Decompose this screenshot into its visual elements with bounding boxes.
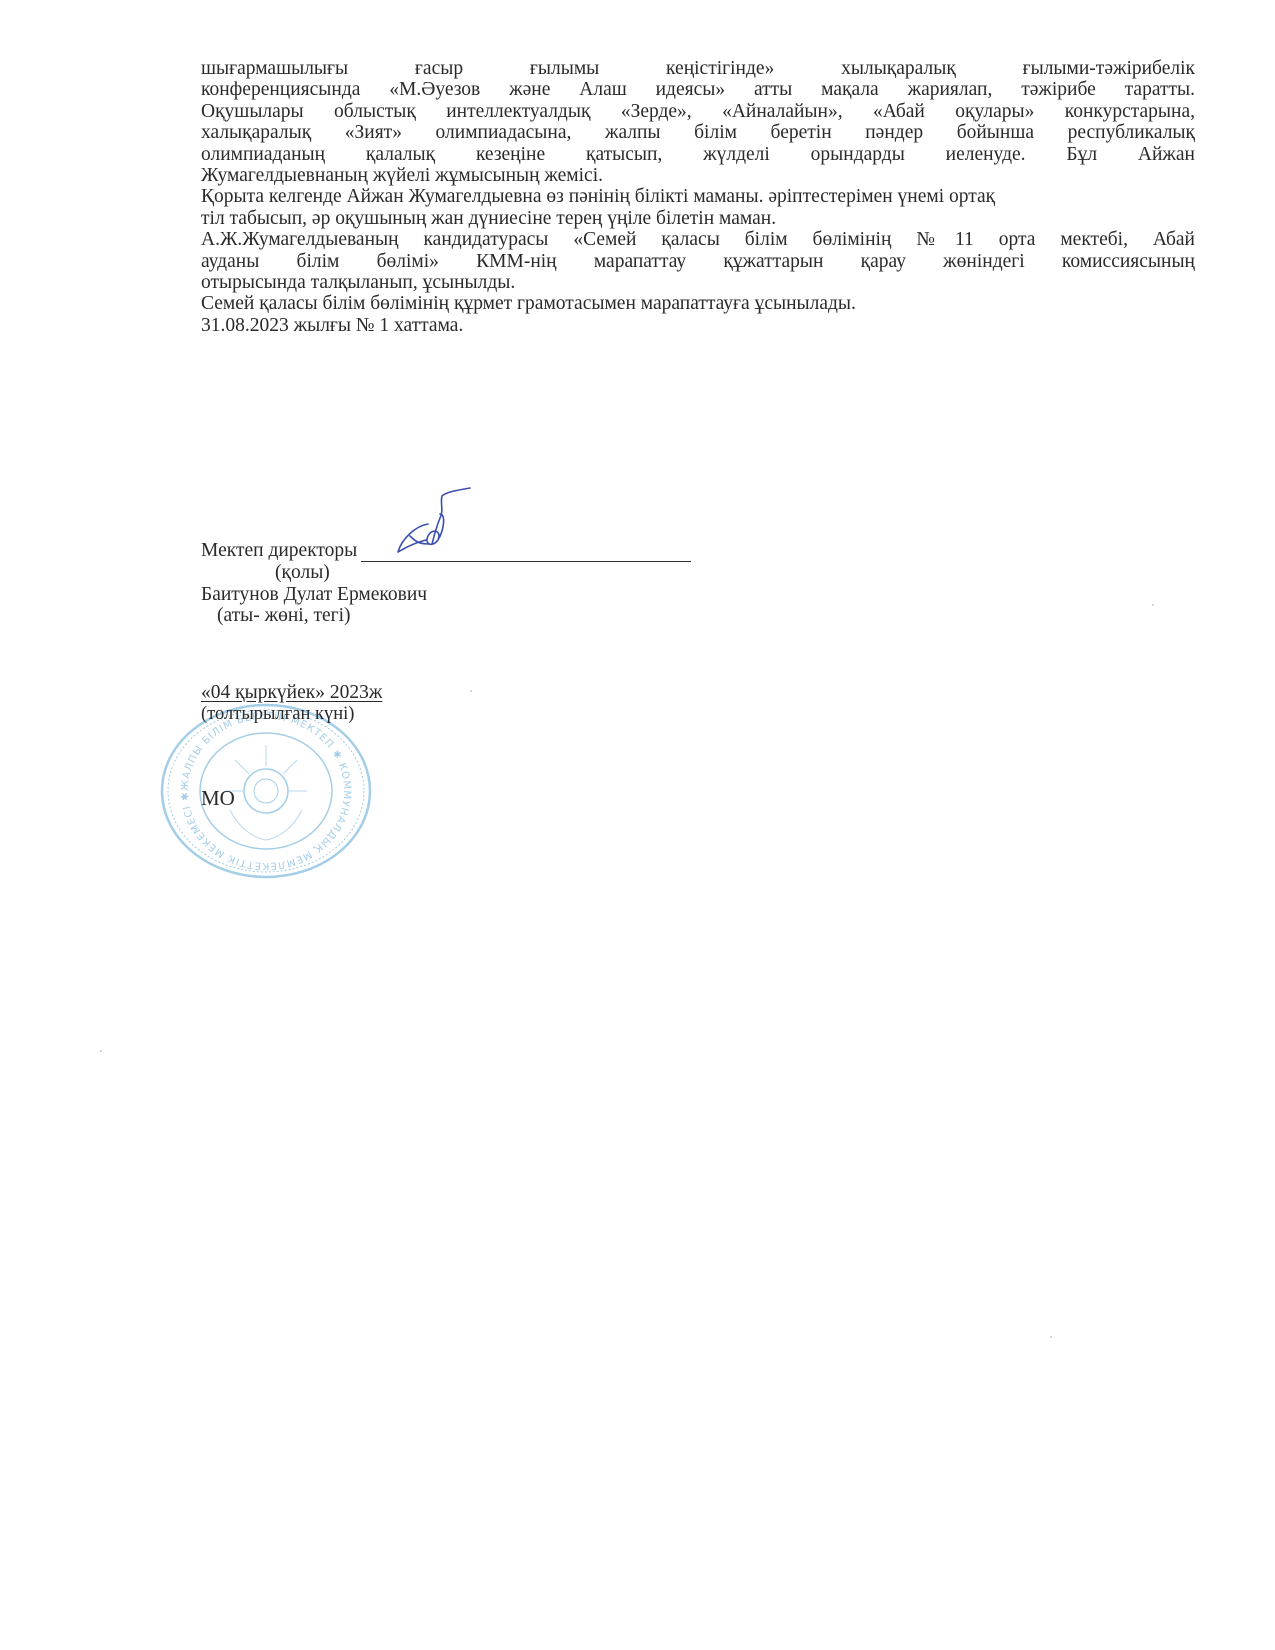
paragraph-candidacy: А.Ж.Жумагелдыеваның кандидатурасы «Семей… xyxy=(201,229,1195,293)
name-caption: (аты- жөні, тегі) xyxy=(201,605,691,627)
director-name: Баитунов Дулат Ермекович xyxy=(201,584,691,606)
paragraph-conclusion: Қорыта келгенде Айжан Жумагелдыевна өз п… xyxy=(201,186,1195,229)
body-text: шығармашылығы ғасыр ғылымы кеңістігінде»… xyxy=(201,58,1195,336)
paragraph-achievements: шығармашылығы ғасыр ғылымы кеңістігінде»… xyxy=(201,58,1195,186)
text-line: тіл табысып, әр оқушының жан дүниесіне т… xyxy=(201,208,1195,229)
scan-speck xyxy=(1152,604,1154,606)
fill-date: «04 қыркүйек» 2023ж xyxy=(201,682,382,704)
text-line: Семей қаласы білім бөлімінің құрмет грам… xyxy=(201,293,1195,314)
text-line: ауданы білім бөлімі» КММ-нің марапаттау … xyxy=(201,251,1195,272)
text-line: А.Ж.Жумагелдыеваның кандидатурасы «Семей… xyxy=(201,229,1195,250)
scan-speck xyxy=(1050,1336,1052,1338)
text-line: отырысында талқыланып, ұсынылды. xyxy=(201,272,1195,293)
document-page: шығармашылығы ғасыр ғылымы кеңістігінде»… xyxy=(0,0,1275,1650)
text-line: Қорыта келгенде Айжан Жумагелдыевна өз п… xyxy=(201,186,1156,207)
official-seal-stamp: ЖАЛПЫ БІЛІМ БЕРЕТІН МЕКТЕП ✱ КОММУНАЛДЫҚ… xyxy=(155,700,377,882)
text-line: олимпиаданың қалалық кезеңіне қатысып, ж… xyxy=(201,144,1195,165)
paragraph-recommendation: Семей қаласы білім бөлімінің құрмет грам… xyxy=(201,293,1195,314)
text-line: 31.08.2023 жылғы № 1 хаттама. xyxy=(201,315,1195,336)
text-line: халықаралық «Зият» олимпиадасына, жалпы … xyxy=(201,122,1195,143)
text-line: шығармашылығы ғасыр ғылымы кеңістігінде»… xyxy=(201,58,1195,79)
position-label: Мектеп директоры xyxy=(201,540,357,561)
scan-speck xyxy=(470,690,472,692)
text-line: Жумагелдыевнаның жүйелі жұмысының жемісі… xyxy=(201,165,1195,186)
date-caption: (толтырылған күні) xyxy=(201,704,382,726)
date-block: «04 қыркүйек» 2023ж (толтырылған күні) xyxy=(201,682,382,725)
text-line: Оқушылары облыстық интеллектуалдық «Зерд… xyxy=(201,101,1195,122)
paragraph-protocol: 31.08.2023 жылғы № 1 хаттама. xyxy=(201,315,1195,336)
text-line: конференциясында «М.Әуезов және Алаш иде… xyxy=(201,79,1195,100)
seal-label: МО xyxy=(201,786,235,811)
handwritten-signature xyxy=(388,484,488,564)
scan-speck xyxy=(100,1050,102,1052)
signature-caption: (қолы) xyxy=(201,562,691,584)
